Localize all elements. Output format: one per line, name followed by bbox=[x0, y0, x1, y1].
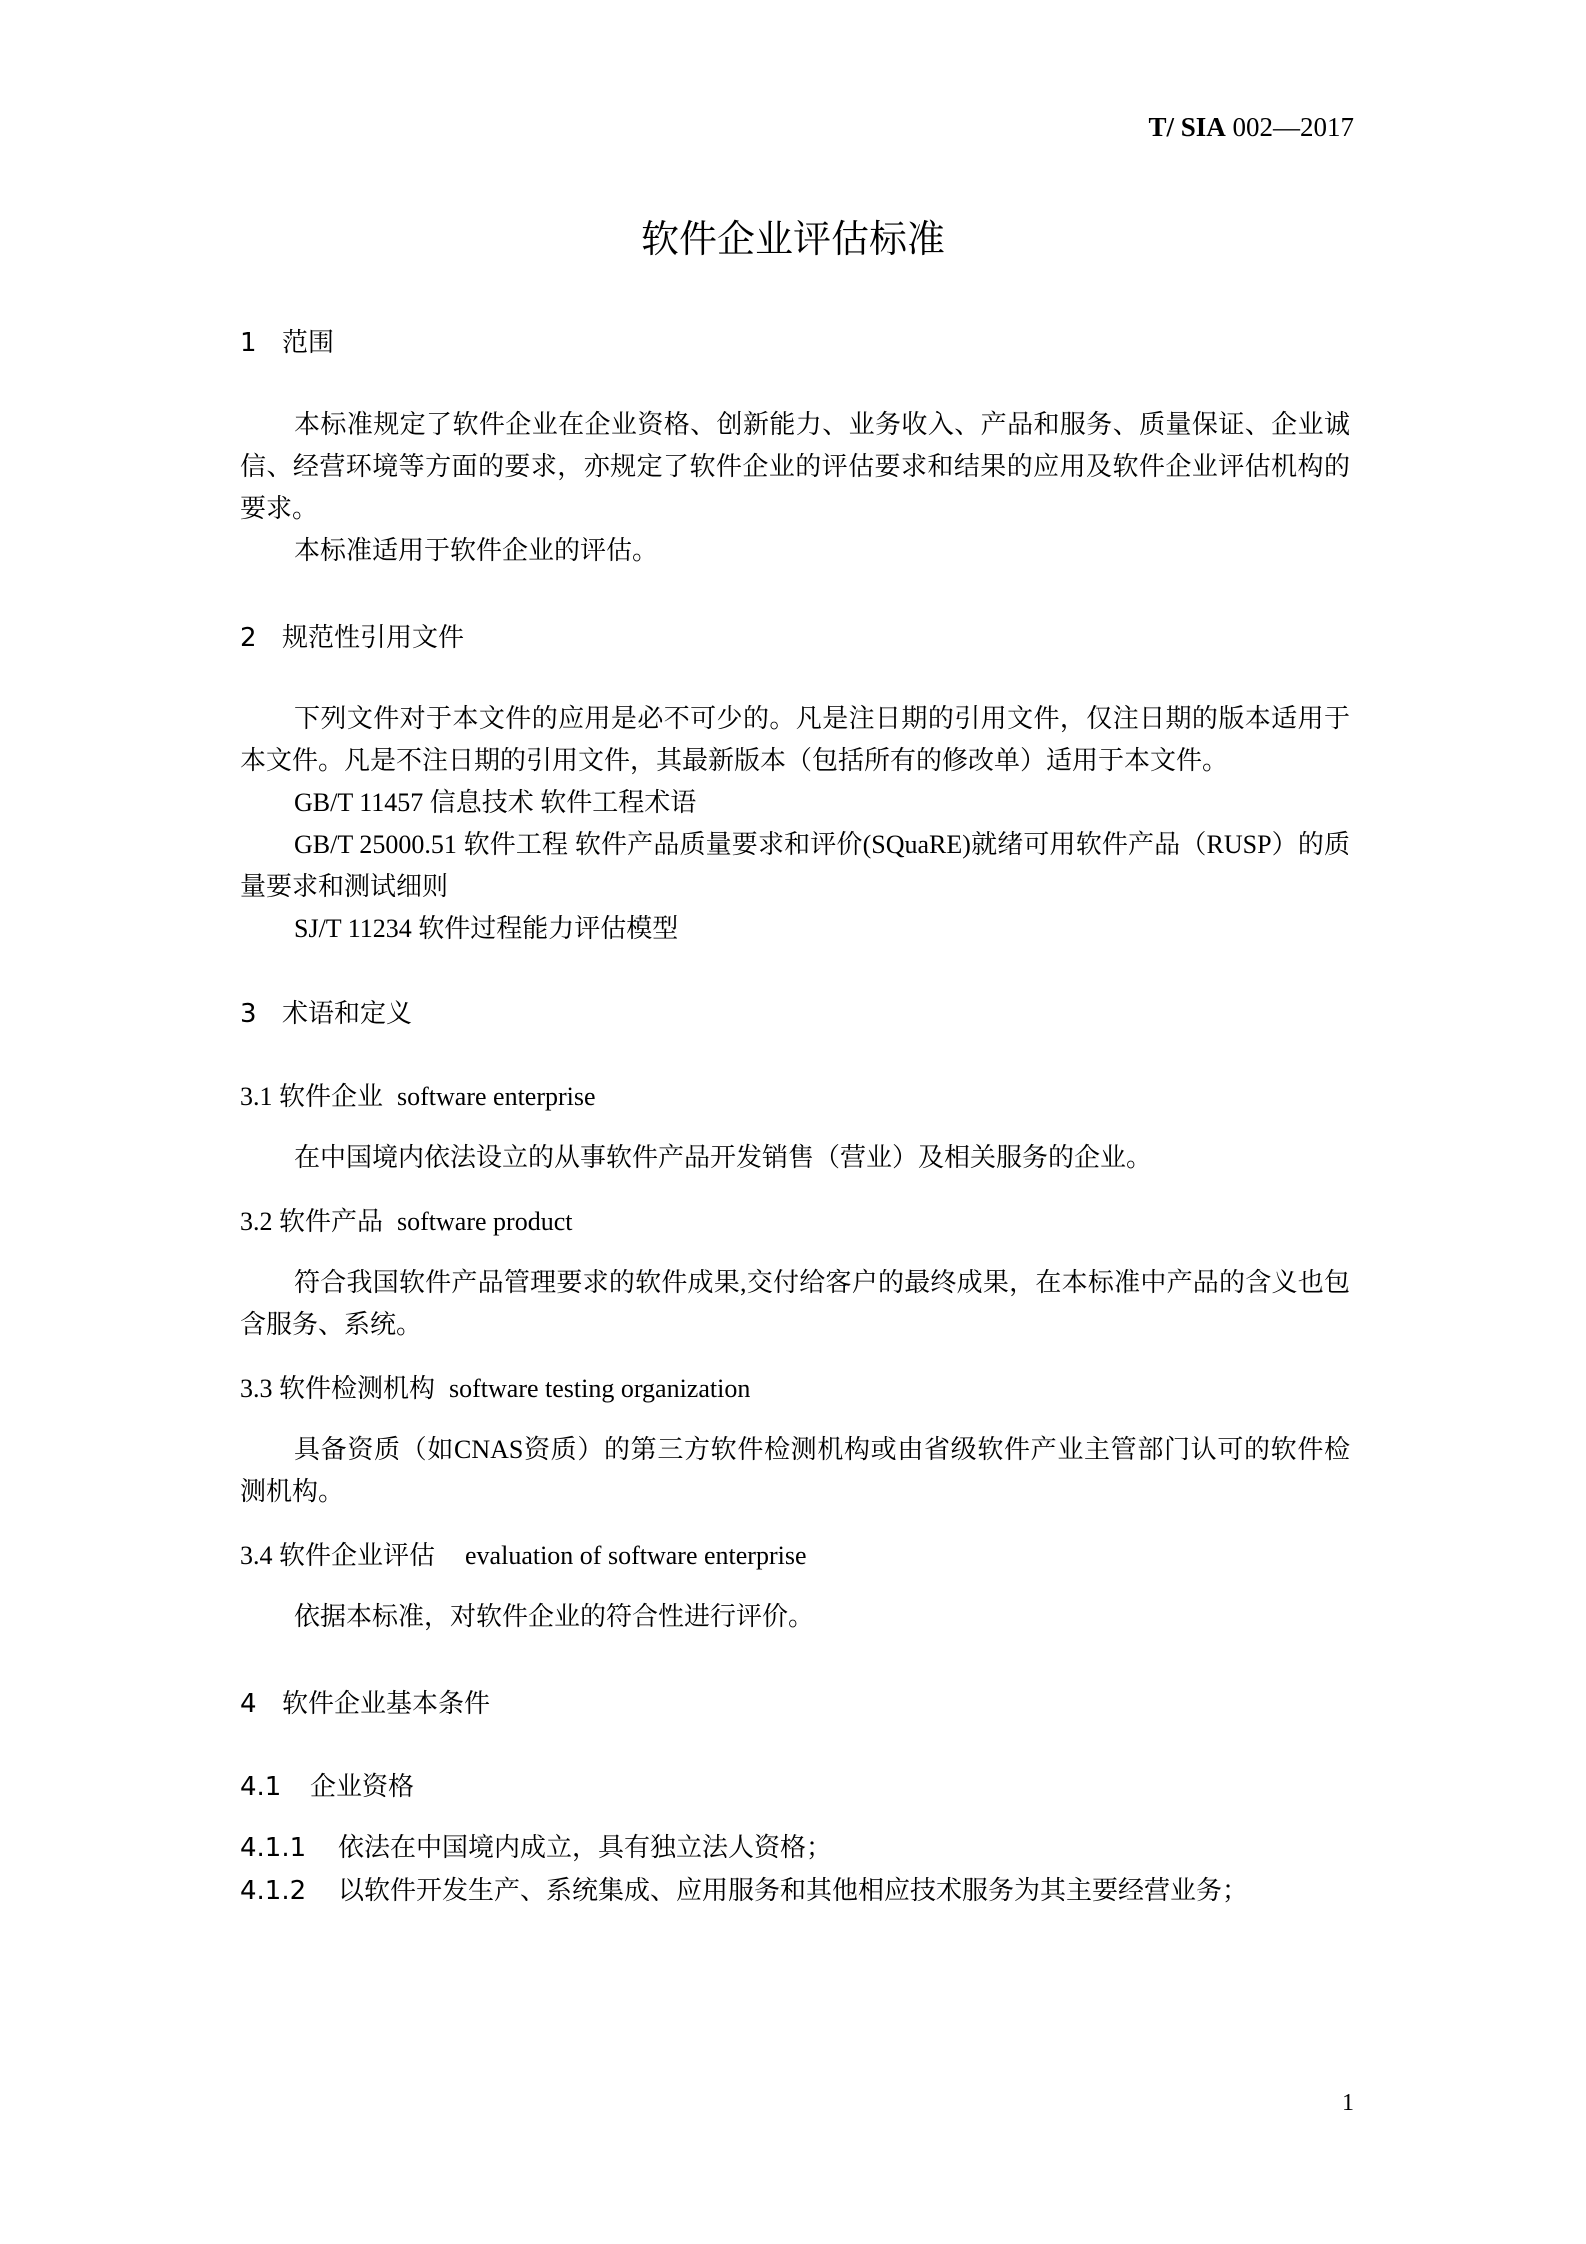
term-en: software enterprise bbox=[397, 1082, 596, 1111]
term-3-3-definition: 具备资质（如CNAS资质）的第三方软件检测机构或由省级软件产业主管部门认可的软件… bbox=[240, 1429, 1350, 1513]
term-en: software product bbox=[397, 1207, 572, 1236]
clause-4-1-2: 4.1.2以软件开发生产、系统集成、应用服务和其他相应技术服务为其主要经营业务； bbox=[240, 1870, 1248, 1907]
section-3-heading: 3术语和定义 bbox=[240, 993, 412, 1030]
section-2-paragraph-1: 下列文件对于本文件的应用是必不可少的。凡是注日期的引用文件，仅注日期的版本适用于… bbox=[240, 698, 1350, 782]
standard-code-number: 002—2017 bbox=[1226, 112, 1354, 142]
section-number: 3 bbox=[240, 999, 282, 1029]
clause-text: 以软件开发生产、系统集成、应用服务和其他相应技术服务为其主要经营业务； bbox=[338, 1876, 1248, 1905]
term-3-1-heading: 3.1 软件企业software enterprise bbox=[240, 1076, 596, 1113]
subsection-title: 企业资格 bbox=[310, 1772, 414, 1802]
term-en: evaluation of software enterprise bbox=[465, 1541, 806, 1570]
term-3-3-heading: 3.3 软件检测机构software testing organization bbox=[240, 1368, 750, 1405]
section-number: 2 bbox=[240, 623, 282, 653]
section-number: 1 bbox=[240, 328, 282, 358]
term-number: 3.3 bbox=[240, 1374, 273, 1403]
section-1-paragraph-1: 本标准规定了软件企业在企业资格、创新能力、业务收入、产品和服务、质量保证、企业诚… bbox=[240, 404, 1350, 530]
standard-code: T/ SIA 002—2017 bbox=[1148, 112, 1354, 143]
reference-item: SJ/T 11234 软件过程能力评估模型 bbox=[240, 908, 1350, 950]
term-3-1-definition: 在中国境内依法设立的从事软件产品开发销售（营业）及相关服务的企业。 bbox=[240, 1137, 1350, 1179]
clause-number: 4.1.2 bbox=[240, 1876, 338, 1906]
term-number: 3.4 bbox=[240, 1541, 273, 1570]
reference-item: GB/T 25000.51 软件工程 软件产品质量要求和评价(SQuaRE)就绪… bbox=[240, 824, 1350, 908]
section-4-heading: 4软件企业基本条件 bbox=[240, 1683, 490, 1720]
reference-item: GB/T 11457 信息技术 软件工程术语 bbox=[240, 782, 1350, 824]
term-zh: 软件企业 bbox=[279, 1082, 383, 1112]
clause-4-1-1: 4.1.1依法在中国境内成立，具有独立法人资格； bbox=[240, 1827, 832, 1864]
term-3-4-heading: 3.4 软件企业评估evaluation of software enterpr… bbox=[240, 1535, 806, 1572]
subsection-4-1-heading: 4.1企业资格 bbox=[240, 1766, 414, 1803]
term-3-4-definition: 依据本标准，对软件企业的符合性进行评价。 bbox=[240, 1596, 1350, 1638]
section-title: 软件企业基本条件 bbox=[282, 1689, 490, 1719]
term-3-2-definition: 符合我国软件产品管理要求的软件成果,交付给客户的最终成果，在本标准中产品的含义也… bbox=[240, 1262, 1350, 1346]
section-number: 4 bbox=[240, 1689, 282, 1719]
subsection-number: 4.1 bbox=[240, 1772, 310, 1802]
clause-number: 4.1.1 bbox=[240, 1833, 338, 1863]
clause-text: 依法在中国境内成立，具有独立法人资格； bbox=[338, 1833, 832, 1862]
section-title: 范围 bbox=[282, 328, 334, 358]
term-zh: 软件企业评估 bbox=[279, 1541, 435, 1571]
document-title: 软件企业评估标准 bbox=[0, 208, 1586, 263]
page-number: 1 bbox=[1342, 2090, 1354, 2117]
term-zh: 软件检测机构 bbox=[279, 1374, 435, 1404]
section-1-heading: 1范围 bbox=[240, 322, 334, 359]
section-1-paragraph-2: 本标准适用于软件企业的评估。 bbox=[240, 530, 1350, 572]
term-number: 3.1 bbox=[240, 1082, 273, 1111]
section-2-heading: 2规范性引用文件 bbox=[240, 617, 464, 654]
term-number: 3.2 bbox=[240, 1207, 273, 1236]
section-title: 规范性引用文件 bbox=[282, 623, 464, 653]
section-title: 术语和定义 bbox=[282, 999, 412, 1029]
term-zh: 软件产品 bbox=[279, 1207, 383, 1237]
standard-code-prefix: T/ SIA bbox=[1148, 112, 1225, 142]
term-3-2-heading: 3.2 软件产品software product bbox=[240, 1201, 572, 1238]
term-en: software testing organization bbox=[449, 1374, 750, 1403]
